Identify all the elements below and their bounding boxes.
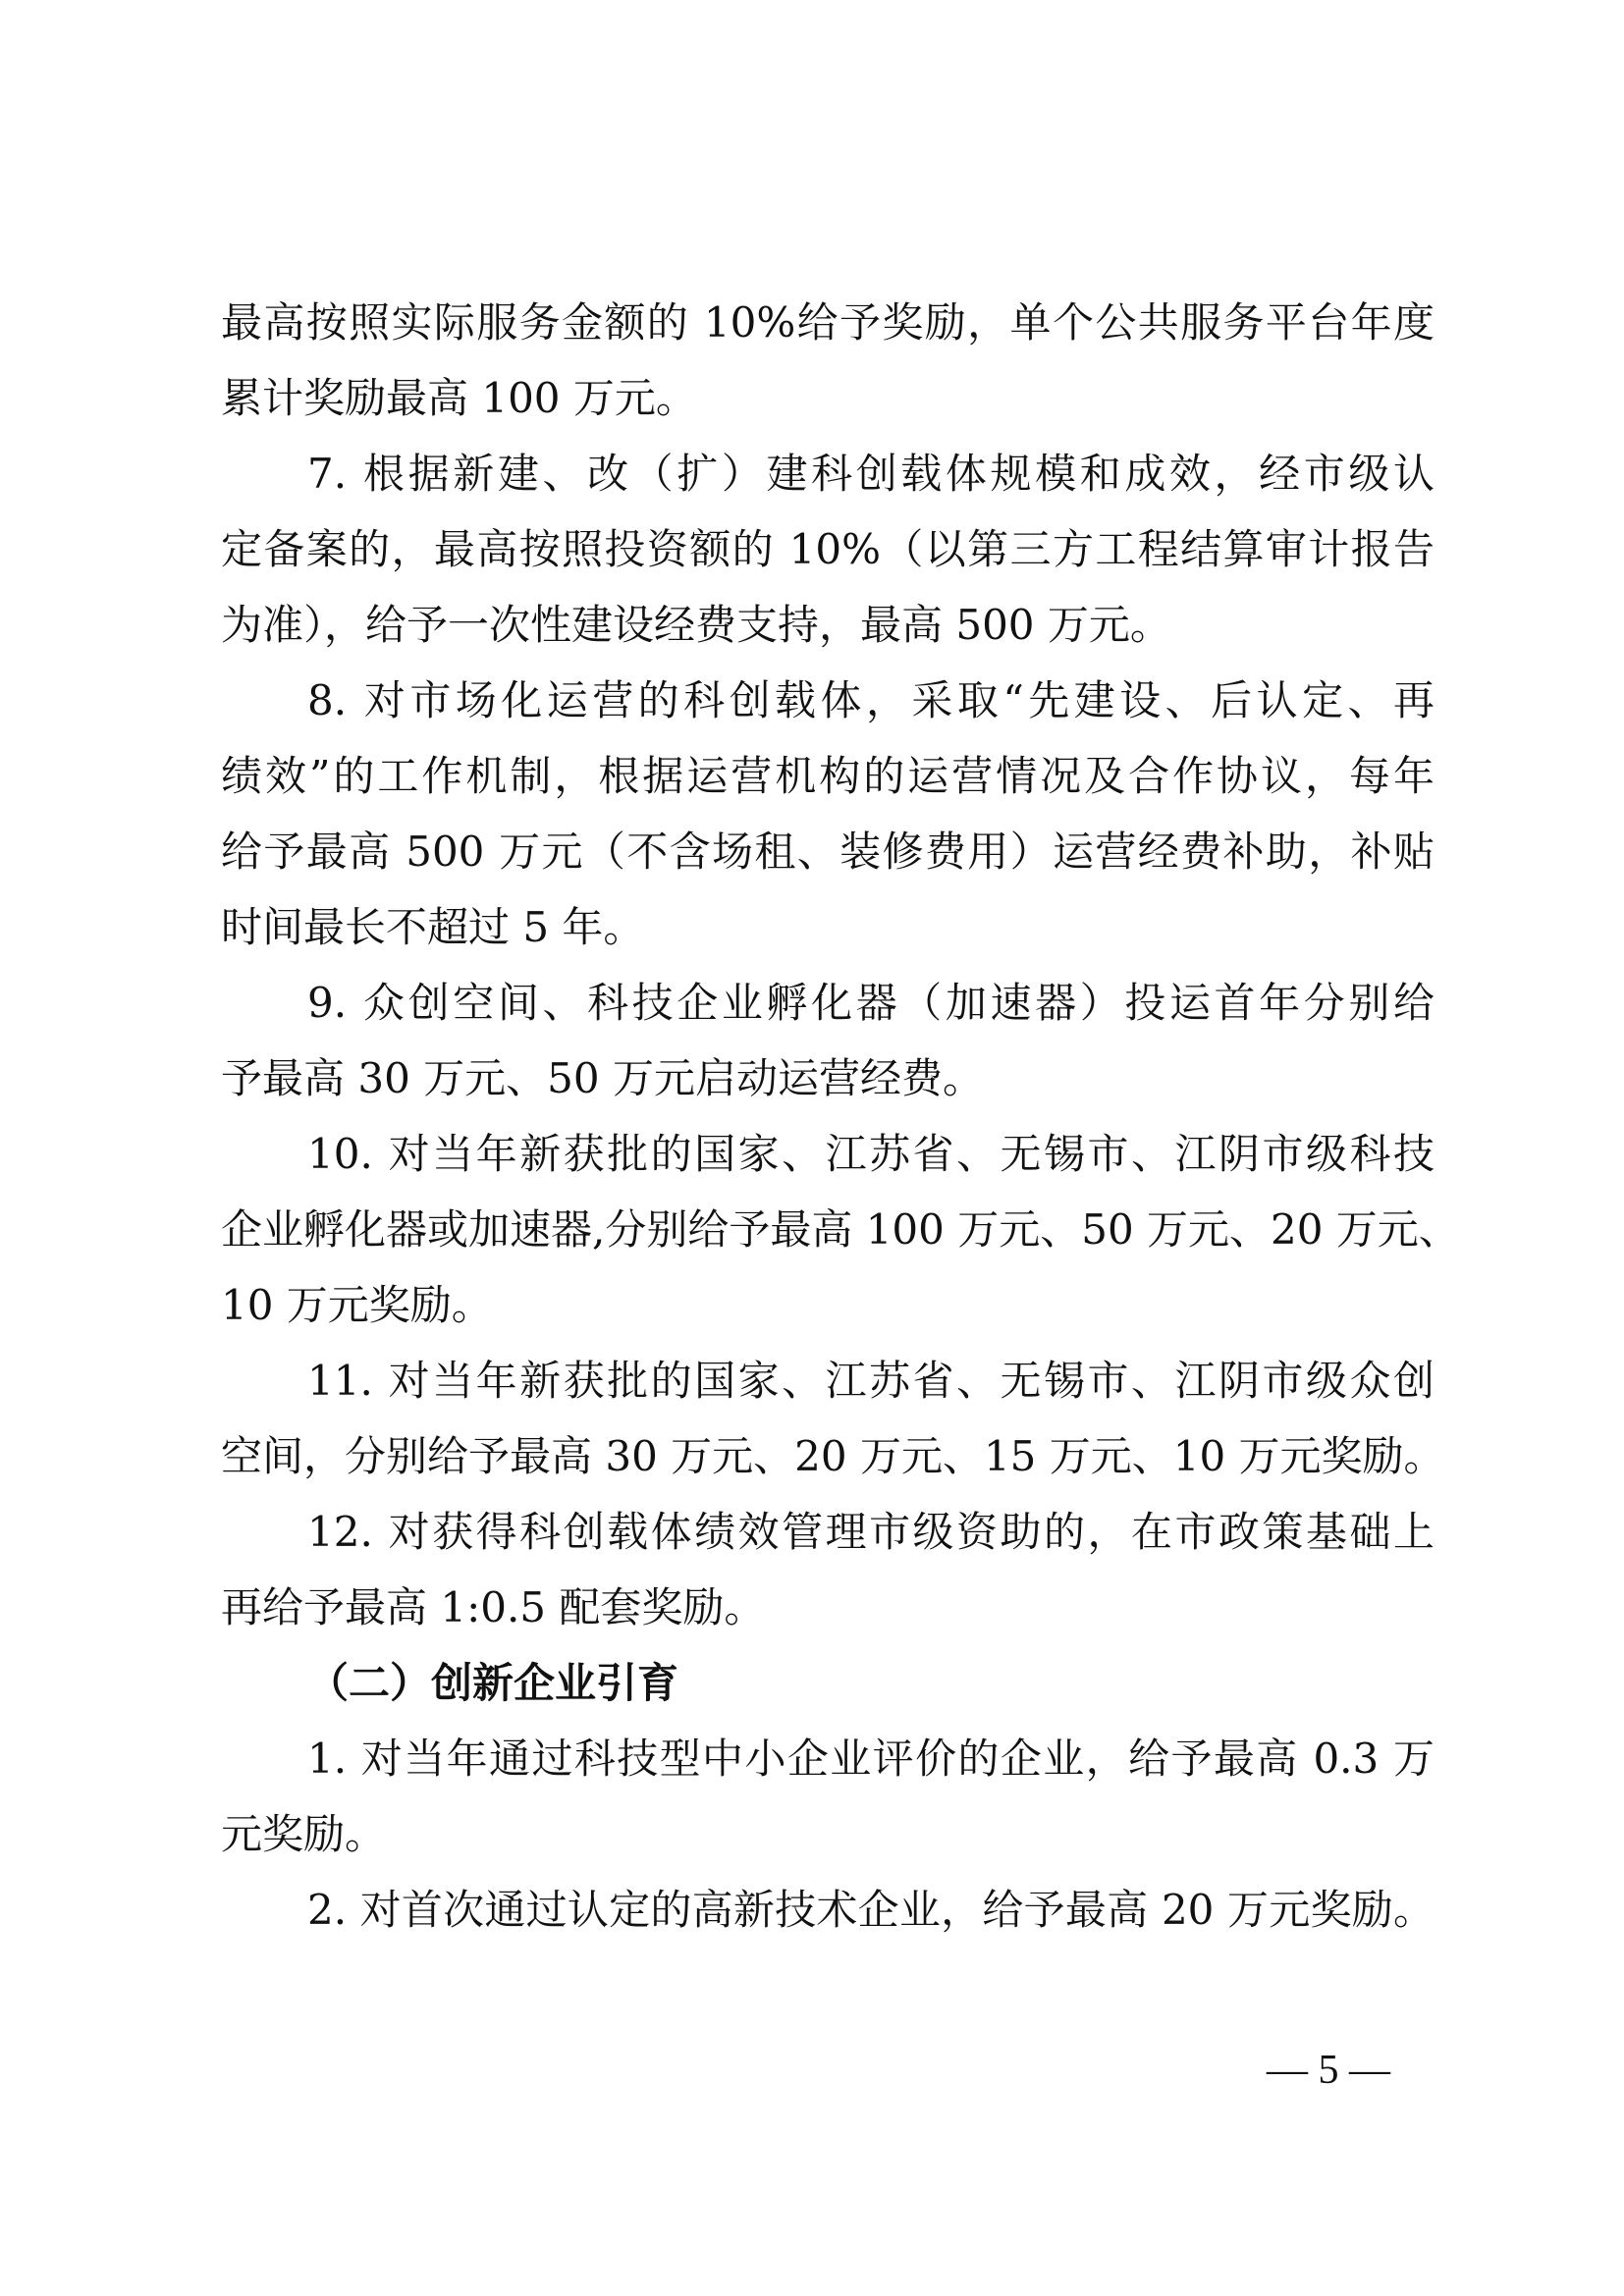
paragraph-line: 为准），给予一次性建设经费支持，最高 500 万元。 <box>221 587 1435 663</box>
paragraph-line: 绩效”的工作机制，根据运营机构的运营情况及合作协议，每年 <box>221 738 1435 814</box>
paragraph-line-item-11: 11. 对当年新获批的国家、江苏省、无锡市、江阴市级众创 <box>221 1343 1435 1418</box>
paragraph-line: 再给予最高 1:0.5 配套奖励。 <box>221 1570 1435 1645</box>
paragraph-line-item-12: 12. 对获得科创载体绩效管理市级资助的，在市政策基础上 <box>221 1494 1435 1570</box>
section-heading: （二）创新企业引育 <box>221 1645 1435 1721</box>
paragraph-line: 定备案的，最高按照投资额的 10%（以第三方工程结算审计报告 <box>221 511 1435 587</box>
paragraph-line: 企业孵化器或加速器,分别给予最高 100 万元、50 万元、20 万元、 <box>221 1192 1435 1267</box>
page-number: — 5 — <box>1267 2047 1390 2094</box>
paragraph-line: 予最高 30 万元、50 万元启动运营经费。 <box>221 1041 1435 1116</box>
paragraph-line-item-10: 10. 对当年新获批的国家、江苏省、无锡市、江阴市级科技 <box>221 1116 1435 1192</box>
paragraph-line: 累计奖励最高 100 万元。 <box>221 360 1435 436</box>
document-page: 最高按照实际服务金额的 10%给予奖励，单个公共服务平台年度 累计奖励最高 10… <box>221 285 1435 1948</box>
paragraph-line: 空间，分别给予最高 30 万元、20 万元、15 万元、10 万元奖励。 <box>221 1418 1435 1494</box>
paragraph-line: 最高按照实际服务金额的 10%给予奖励，单个公共服务平台年度 <box>221 285 1435 360</box>
paragraph-line: 元奖励。 <box>221 1796 1435 1872</box>
paragraph-line: 10 万元奖励。 <box>221 1267 1435 1343</box>
paragraph-line-item-7: 7. 根据新建、改（扩）建科创载体规模和成效，经市级认 <box>221 436 1435 511</box>
paragraph-line: 给予最高 500 万元（不含场租、装修费用）运营经费补助，补贴 <box>221 814 1435 889</box>
paragraph-line-item-2: 2. 对首次通过认定的高新技术企业，给予最高 20 万元奖励。 <box>221 1872 1435 1948</box>
paragraph-line: 时间最长不超过 5 年。 <box>221 889 1435 965</box>
paragraph-line-item-1: 1. 对当年通过科技型中小企业评价的企业，给予最高 0.3 万 <box>221 1721 1435 1796</box>
paragraph-line-item-8: 8. 对市场化运营的科创载体，采取“先建设、后认定、再 <box>221 663 1435 738</box>
paragraph-line-item-9: 9. 众创空间、科技企业孵化器（加速器）投运首年分别给 <box>221 965 1435 1041</box>
